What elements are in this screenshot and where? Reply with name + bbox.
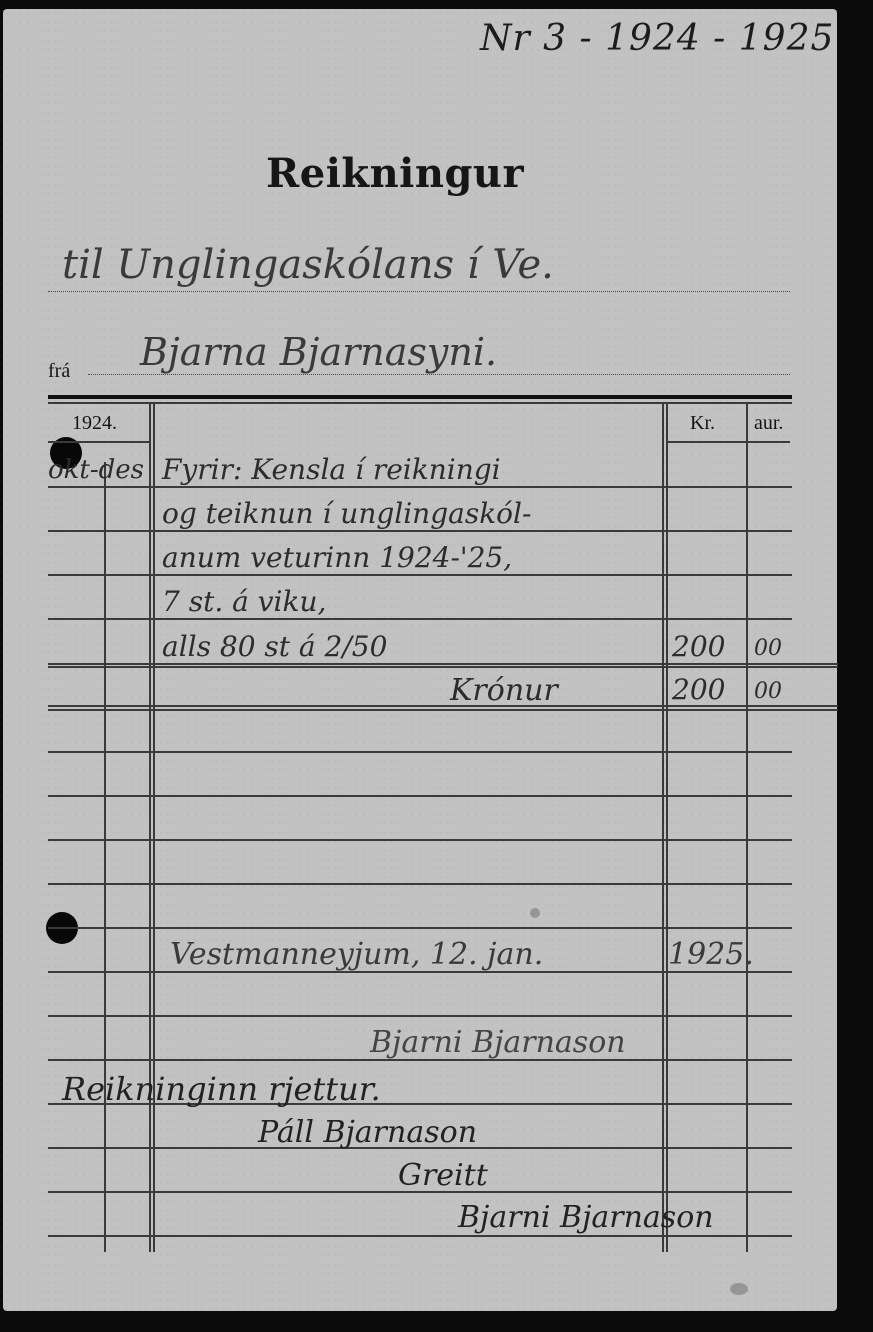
total-label: Krónur (450, 673, 558, 708)
sender: Bjarna Bjarnasyni. (140, 330, 497, 374)
verification-note: Reikninginn rjettur. (62, 1070, 381, 1108)
aur-header: aur. (754, 412, 783, 435)
from-label: frá (48, 360, 70, 383)
signature-issuer: Bjarni Bjarnason (370, 1025, 626, 1060)
date-column-divider (104, 462, 106, 1252)
stain-mark (730, 1283, 748, 1295)
sender-dotted-line (88, 374, 790, 375)
signature-payee: Bjarni Bjarnason (458, 1200, 714, 1235)
row-text: Fyrir: Kensla í reikningi (162, 453, 501, 486)
row-text: og teiknun í unglingaskól- (162, 497, 531, 530)
row-text: 7 st. á viku, (162, 585, 326, 618)
row-aur: 00 (754, 636, 782, 661)
year-value: 1924. (72, 412, 117, 434)
paid-stamp: Greitt (398, 1158, 488, 1193)
year-label: 1924. (72, 412, 117, 435)
recipient-dotted-line (48, 291, 790, 292)
row-date: okt-des (48, 455, 144, 485)
row-text: alls 80 st á 2/50 (162, 630, 387, 663)
row-kr: 200 (672, 630, 725, 663)
document-number: Nr 3 - 1924 - 1925 (480, 18, 834, 59)
kr-header: Kr. (690, 412, 715, 435)
row-text: anum veturinn 1924-'25, (162, 541, 512, 574)
header-rule-thin (48, 402, 792, 404)
recipient: til Unglingaskólans í Ve. (62, 242, 554, 288)
header-rule (48, 395, 792, 399)
page-title: Reikningur (266, 150, 524, 197)
place-date: Vestmanneyjum, 12. jan. (170, 937, 543, 972)
total-kr: 200 (672, 673, 725, 706)
date-year: 1925. (668, 937, 754, 972)
total-aur: 00 (754, 679, 782, 704)
stain-mark (530, 908, 540, 918)
signature-verifier: Páll Bjarnason (258, 1115, 477, 1150)
